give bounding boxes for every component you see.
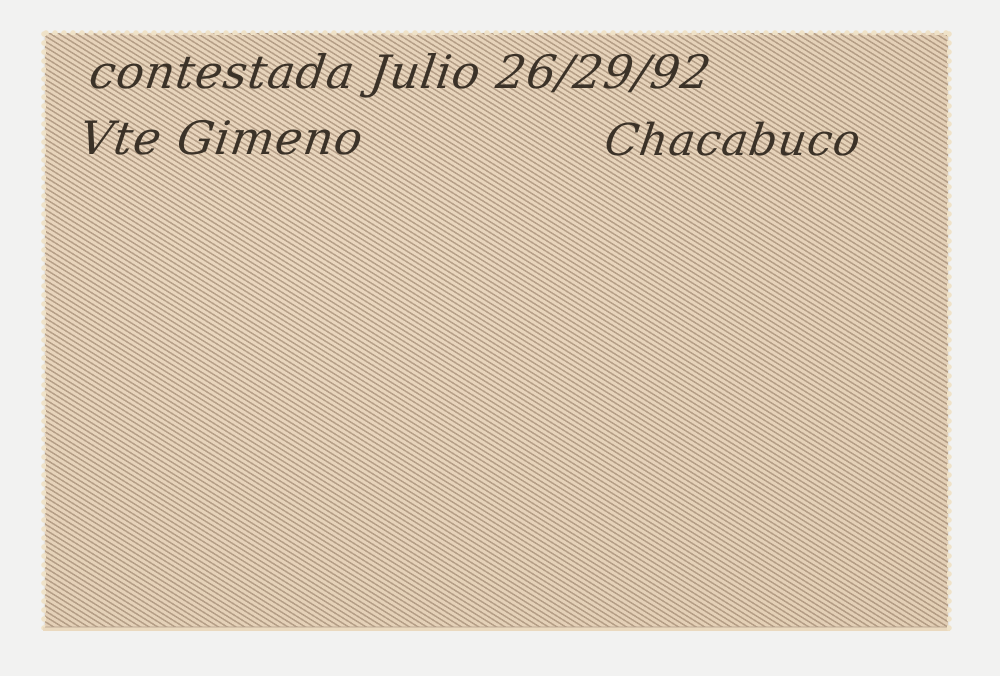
handwritten-sender-name: Vte Gimeno — [76, 111, 367, 165]
letter-card: contestada Julio 26/29/92 Vte Gimeno Cha… — [45, 33, 948, 628]
handwritten-place: Chacabuco — [601, 115, 864, 166]
perforated-edge-left — [40, 30, 46, 630]
handwritten-answered-date: contestada Julio 26/29/92 — [86, 45, 715, 99]
card-shadow — [45, 626, 948, 628]
